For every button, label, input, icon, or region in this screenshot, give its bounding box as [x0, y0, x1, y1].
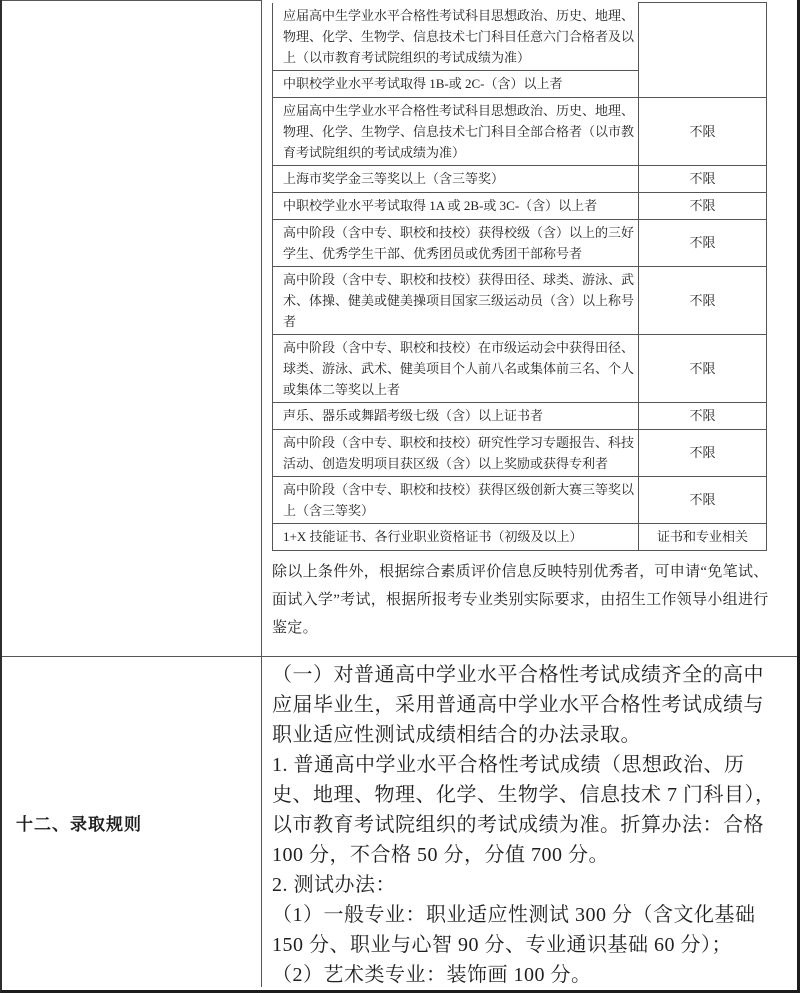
- admission-rule-paragraph: 2. 测试办法：: [272, 870, 781, 900]
- admission-rules-label-cell: 十二、录取规则: [2, 657, 262, 987]
- status-cell: 不限: [639, 219, 767, 266]
- admission-rules-content: （一）对普通高中学业水平合格性考试成绩齐全的高中应届毕业生，采用普通高中学业水平…: [262, 657, 797, 987]
- admission-rule-paragraph: （2）艺术类专业：装饰画 100 分。: [272, 960, 781, 987]
- table-row: 应届高中生学业水平合格性考试科目思想政治、历史、地理、物理、化学、生物学、信息技…: [273, 97, 767, 165]
- table-row: 高中阶段（含中专、职校和技校）研究性学习专题报告、科技活动、创造发明项目获区级（…: [273, 429, 767, 476]
- status-cell: 不限: [639, 402, 767, 429]
- table-row: 声乐、器乐或舞蹈考级七级（含）以上证书者 不限: [273, 402, 767, 429]
- condition-cell: 1+X 技能证书、各行业职业资格证书（初级及以上）: [273, 523, 639, 550]
- status-cell: 不限: [639, 334, 767, 402]
- table-row: 高中阶段（含中专、职校和技校）获得校级（含）以上的三好学生、优秀学生干部、优秀团…: [273, 219, 767, 266]
- condition-cell: 上海市奖学金三等奖以上（含三等奖）: [273, 165, 639, 192]
- table-row: 应届高中生学业水平合格性考试科目思想政治、历史、地理、物理、化学、生物学、信息技…: [273, 3, 767, 71]
- admission-rules-label: 十二、录取规则: [16, 810, 142, 835]
- qualification-label-cell: [2, 0, 262, 656]
- admission-rule-paragraph: 1. 普通高中学业水平合格性考试成绩（思想政治、历史、地理、物理、化学、生物学、…: [272, 750, 781, 870]
- exemption-note: 除以上条件外，根据综合素质评价信息反映特别优秀者，可申请“免笔试、面试入学”考试…: [272, 558, 780, 642]
- condition-cell: 声乐、器乐或舞蹈考级七级（含）以上证书者: [273, 402, 639, 429]
- table-row: 上海市奖学金三等奖以上（含三等奖） 不限: [273, 165, 767, 192]
- condition-cell: 高中阶段（含中专、职校和技校）获得校级（含）以上的三好学生、优秀学生干部、优秀团…: [273, 219, 639, 266]
- table-row: 高中阶段（含中专、职校和技校）获得区级创新大赛三等奖以上（含三等奖） 不限: [273, 476, 767, 523]
- table-row: 中职校学业水平考试取得 1A 或 2B-或 3C-（含）以上者 不限: [273, 192, 767, 219]
- condition-cell: 中职校学业水平考试取得 1A 或 2B-或 3C-（含）以上者: [273, 192, 639, 219]
- condition-cell: 高中阶段（含中专、职校和技校）研究性学习专题报告、科技活动、创造发明项目获区级（…: [273, 429, 639, 476]
- condition-cell: 应届高中生学业水平合格性考试科目思想政治、历史、地理、物理、化学、生物学、信息技…: [273, 97, 639, 165]
- table-row: 1+X 技能证书、各行业职业资格证书（初级及以上） 证书和专业相关: [273, 523, 767, 550]
- condition-cell: 高中阶段（含中专、职校和技校）在市级运动会中获得田径、球类、游泳、武术、健美项目…: [273, 334, 639, 402]
- table-row: 高中阶段（含中专、职校和技校）在市级运动会中获得田径、球类、游泳、武术、健美项目…: [273, 334, 767, 402]
- status-cell: 不限: [639, 97, 767, 165]
- status-cell: 证书和专业相关: [639, 523, 767, 550]
- condition-cell: 高中阶段（含中专、职校和技校）获得区级创新大赛三等奖以上（含三等奖）: [273, 476, 639, 523]
- table-row: 高中阶段（含中专、职校和技校）获得田径、球类、游泳、武术、体操、健美或健美操项目…: [273, 266, 767, 334]
- admission-rule-paragraph: （1）一般专业：职业适应性测试 300 分（含文化基础 150 分、职业与心智 …: [272, 900, 781, 960]
- status-cell: 不限: [639, 192, 767, 219]
- admission-rules-section: 十二、录取规则 （一）对普通高中学业水平合格性考试成绩齐全的高中应届毕业生，采用…: [2, 656, 797, 987]
- condition-cell: 中职校学业水平考试取得 1B-或 2C-（含）以上者: [273, 70, 639, 97]
- qualification-table: 应届高中生学业水平合格性考试科目思想政治、历史、地理、物理、化学、生物学、信息技…: [272, 2, 767, 551]
- status-cell: 不限: [639, 476, 767, 523]
- condition-cell: 高中阶段（含中专、职校和技校）获得田径、球类、游泳、武术、体操、健美或健美操项目…: [273, 266, 639, 334]
- status-cell: 不限: [639, 429, 767, 476]
- status-cell-merged: [639, 3, 767, 98]
- status-cell: 不限: [639, 165, 767, 192]
- admission-rule-paragraph: （一）对普通高中学业水平合格性考试成绩齐全的高中应届毕业生，采用普通高中学业水平…: [272, 660, 781, 750]
- status-cell: 不限: [639, 266, 767, 334]
- qualification-content-cell: 应届高中生学业水平合格性考试科目思想政治、历史、地理、物理、化学、生物学、信息技…: [262, 0, 797, 656]
- qualification-section: 应届高中生学业水平合格性考试科目思想政治、历史、地理、物理、化学、生物学、信息技…: [2, 0, 797, 656]
- condition-cell: 应届高中生学业水平合格性考试科目思想政治、历史、地理、物理、化学、生物学、信息技…: [273, 3, 639, 71]
- document-page: 应届高中生学业水平合格性考试科目思想政治、历史、地理、物理、化学、生物学、信息技…: [0, 0, 800, 993]
